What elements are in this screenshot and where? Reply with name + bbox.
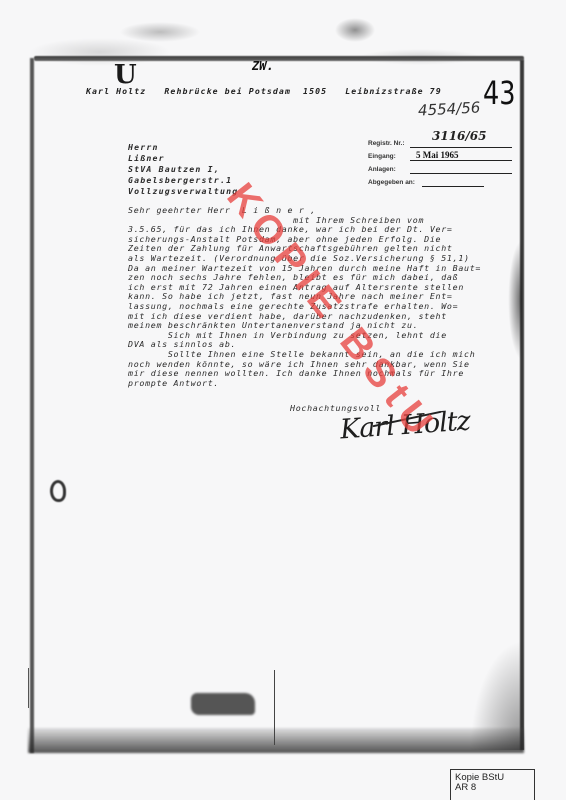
margin-mark [28, 668, 29, 708]
page-number: 43 [483, 74, 516, 112]
stamp-label: Registr. Nr.: [368, 140, 404, 147]
fold-mark [274, 670, 275, 745]
address-line: Vollzugsverwaltung [128, 186, 238, 197]
stamp-row-forwarded: Abgegeben an: [368, 176, 518, 189]
stamp-line [410, 160, 512, 161]
stamp-line [410, 173, 512, 174]
stamp-line [410, 147, 512, 148]
stamp-row-attachments: Anlagen: [368, 163, 518, 176]
address-line: Gabelsbergerstr.1 [128, 175, 238, 186]
address-line: Herrn [128, 142, 238, 153]
receipt-stamp: Registr. Nr.: 3116/65 Eingang: 5 Mai 196… [368, 137, 518, 189]
stamp-label: Eingang: [368, 153, 396, 160]
stamp-label: Abgegeben an: [368, 179, 415, 186]
sender-letterhead: Karl Holtz Rehbrücke bei Potsdam 1505 Le… [86, 86, 442, 96]
copy-smudge [20, 12, 540, 72]
sheet-edge-top [34, 56, 524, 61]
address-line: StVA Bautzen I, [128, 164, 238, 175]
scanned-letter-page: U ZW. Karl Holtz Rehbrücke bei Potsdam 1… [0, 0, 566, 800]
file-number: 4554/56 [418, 98, 481, 119]
ink-blot [191, 693, 255, 715]
closing: Hochachtungsvoll [290, 403, 381, 413]
stamp-line [422, 186, 484, 187]
stamp-row-received: Eingang: 5 Mai 1965 [368, 150, 518, 163]
zw-note: ZW. [252, 59, 274, 73]
address-line: Lißner [128, 153, 238, 164]
margin-smudge [50, 480, 66, 502]
stamp-label: Anlagen: [368, 166, 396, 173]
archive-label-line: AR 8 [455, 783, 534, 793]
sheet-edge-left [30, 58, 34, 753]
recipient-address: Herrn Lißner StVA Bautzen I, Gabelsberge… [128, 142, 238, 197]
registration-number: 3116/65 [432, 129, 486, 143]
archive-label: Kopie BStU AR 8 [450, 769, 535, 800]
body-line: prompte Antwort. [128, 379, 518, 389]
sheet-edge-bottom [28, 728, 524, 753]
stamp-row-registration: Registr. Nr.: 3116/65 [368, 137, 518, 150]
received-date: 5 Mai 1965 [416, 150, 459, 160]
